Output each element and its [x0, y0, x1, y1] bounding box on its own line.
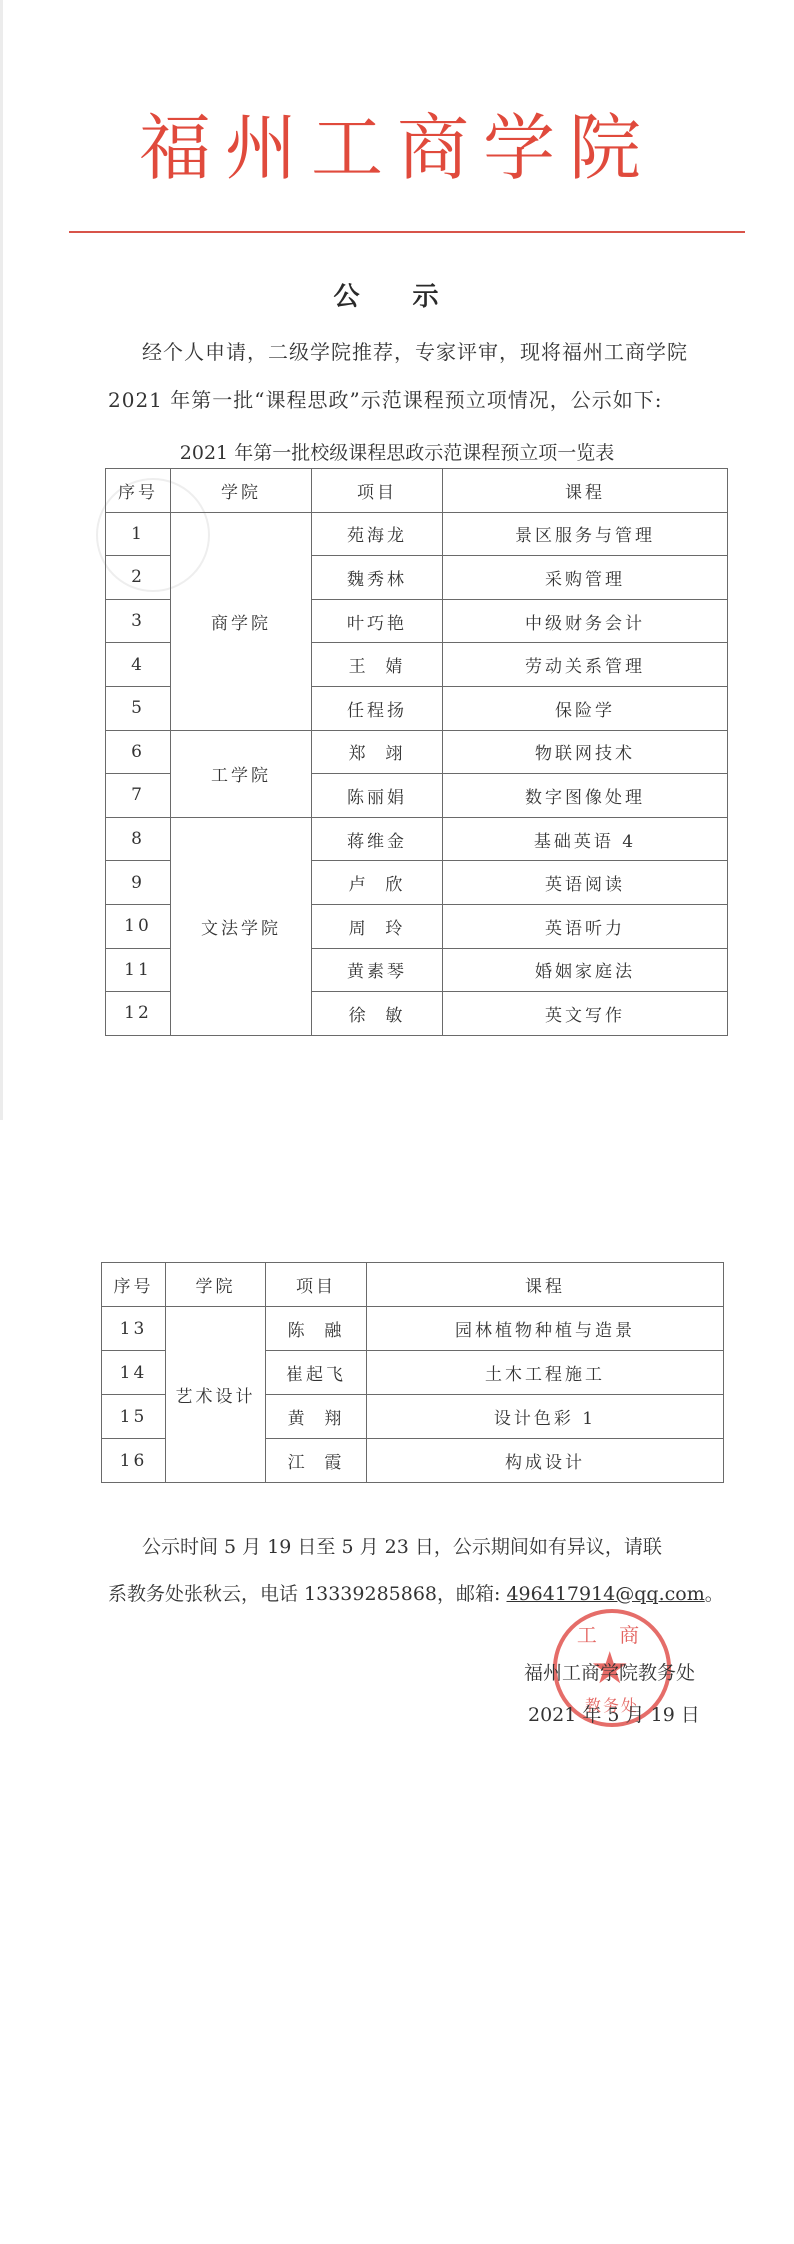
cell-course: 土木工程施工 [367, 1351, 724, 1395]
cell-name: 郑 翊 [312, 730, 443, 774]
cell-no: 11 [106, 948, 171, 992]
table-row: 8 文法学院 蒋维金 基础英语 4 [106, 817, 728, 861]
cell-name: 叶巧艳 [312, 599, 443, 643]
cell-course: 景区服务与管理 [443, 512, 728, 556]
header-college: 学院 [171, 469, 312, 513]
cell-course: 园林植物种植与造景 [367, 1307, 724, 1351]
cell-name: 徐 敏 [312, 992, 443, 1036]
cell-course: 采购管理 [443, 556, 728, 600]
institution-masthead: 福州工商学院 [0, 100, 794, 196]
header-project: 项目 [312, 469, 443, 513]
cell-name: 任程扬 [312, 686, 443, 730]
contact-text: 系教务处张秋云，电话 13339285868，邮箱: [108, 1583, 506, 1605]
header-no: 序号 [102, 1263, 166, 1307]
table-header-row: 序号 学院 项目 课程 [106, 469, 728, 513]
table-row: 1 商学院 苑海龙 景区服务与管理 [106, 512, 728, 556]
cell-no: 4 [106, 643, 171, 687]
cell-name: 黄 翔 [266, 1395, 367, 1439]
intro-line-1: 经个人申请，二级学院推荐，专家评审，现将福州工商学院 [142, 336, 688, 365]
cell-no: 1 [106, 512, 171, 556]
cell-name: 黄素琴 [312, 948, 443, 992]
table-row: 13 艺术设计 陈 融 园林植物种植与造景 [102, 1307, 724, 1351]
cell-course: 英语阅读 [443, 861, 728, 905]
cell-college: 商学院 [171, 512, 312, 730]
cell-name: 陈丽娟 [312, 774, 443, 818]
cell-no: 3 [106, 599, 171, 643]
cell-course: 基础英语 4 [443, 817, 728, 861]
cell-name: 蒋维金 [312, 817, 443, 861]
cell-no: 2 [106, 556, 171, 600]
signature-date: 2021 年 5 月 19 日 [528, 1700, 700, 1727]
cell-name: 魏秀林 [312, 556, 443, 600]
cell-no: 7 [106, 774, 171, 818]
cell-course: 英语听力 [443, 904, 728, 948]
cell-name: 卢 欣 [312, 861, 443, 905]
header-course: 课程 [443, 469, 728, 513]
cell-college: 文法学院 [171, 817, 312, 1035]
signature-office: 福州工商学院教务处 [524, 1658, 695, 1685]
cell-course: 劳动关系管理 [443, 643, 728, 687]
cell-course: 数字图像处理 [443, 774, 728, 818]
cell-course: 英文写作 [443, 992, 728, 1036]
cell-name: 江 霞 [266, 1439, 367, 1483]
closing-line-2: 系教务处张秋云，电话 13339285868，邮箱: 496417914@qq.… [108, 1579, 724, 1606]
closing-period: 。 [705, 1583, 724, 1605]
header-course: 课程 [367, 1263, 724, 1307]
header-project: 项目 [266, 1263, 367, 1307]
cell-no: 14 [102, 1351, 166, 1395]
cell-course: 保险学 [443, 686, 728, 730]
cell-no: 15 [102, 1395, 166, 1439]
red-divider-rule [69, 231, 745, 233]
cell-college: 工学院 [171, 730, 312, 817]
header-college: 学院 [166, 1263, 266, 1307]
cell-name: 崔起飞 [266, 1351, 367, 1395]
cell-course: 婚姻家庭法 [443, 948, 728, 992]
cell-course: 物联网技术 [443, 730, 728, 774]
cell-no: 13 [102, 1307, 166, 1351]
cell-no: 9 [106, 861, 171, 905]
email-link[interactable]: 496417914@qq.com [506, 1583, 704, 1605]
intro-line-2: 2021 年第一批“课程思政”示范课程预立项情况，公示如下: [108, 384, 662, 413]
cell-no: 6 [106, 730, 171, 774]
cell-no: 16 [102, 1439, 166, 1483]
project-table-part-2: 序号 学院 项目 课程 13 艺术设计 陈 融 园林植物种植与造景 14 崔起飞… [101, 1262, 724, 1483]
project-table-part-1: 序号 学院 项目 课程 1 商学院 苑海龙 景区服务与管理 2 魏秀林 采购管理… [105, 468, 728, 1036]
cell-no: 8 [106, 817, 171, 861]
closing-line-1: 公示时间 5 月 19 日至 5 月 23 日，公示期间如有异议，请联 [142, 1532, 662, 1559]
cell-name: 苑海龙 [312, 512, 443, 556]
table-title: 2021 年第一批校级课程思政示范课程预立项一览表 [0, 438, 794, 465]
cell-college: 艺术设计 [166, 1307, 266, 1483]
table-header-row: 序号 学院 项目 课程 [102, 1263, 724, 1307]
cell-course: 中级财务会计 [443, 599, 728, 643]
cell-name: 陈 融 [266, 1307, 367, 1351]
cell-no: 12 [106, 992, 171, 1036]
header-no: 序号 [106, 469, 171, 513]
cell-no: 5 [106, 686, 171, 730]
cell-no: 10 [106, 904, 171, 948]
cell-name: 周 玲 [312, 904, 443, 948]
table-row: 6 工学院 郑 翊 物联网技术 [106, 730, 728, 774]
cell-name: 王 婧 [312, 643, 443, 687]
notice-title: 公 示 [0, 276, 794, 313]
cell-course: 设计色彩 1 [367, 1395, 724, 1439]
cell-course: 构成设计 [367, 1439, 724, 1483]
